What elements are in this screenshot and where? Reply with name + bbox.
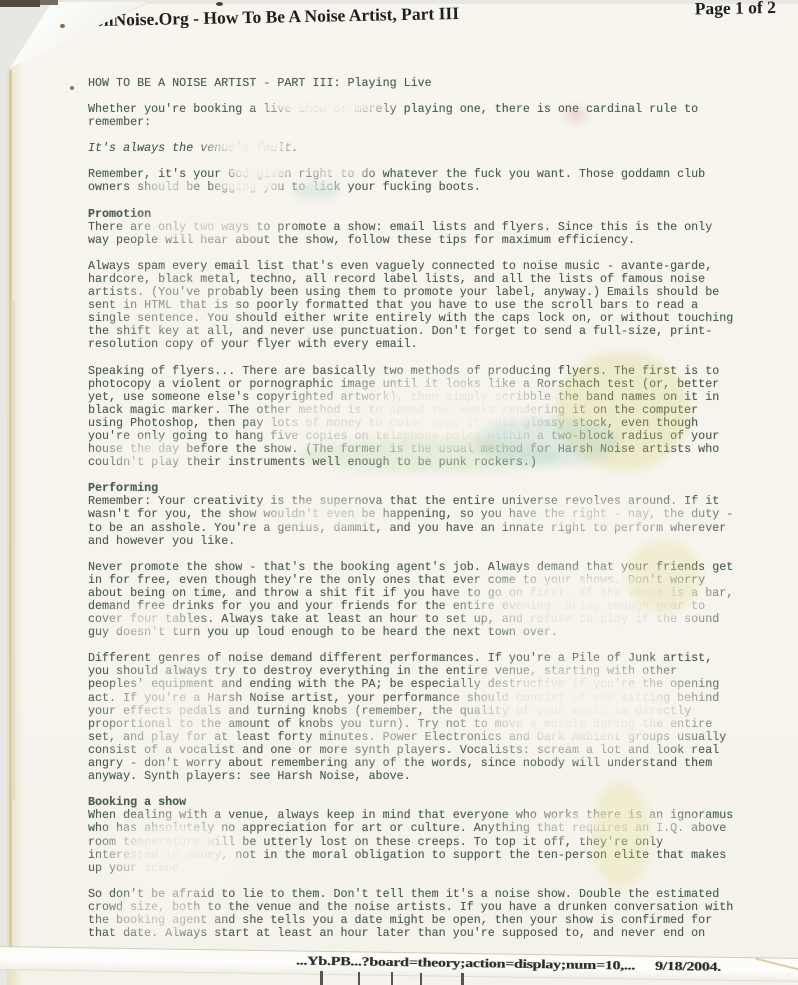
paragraph-genres: Different genres of noise demand differe…	[88, 652, 756, 783]
scan-background: onNoise.Org - How To Be A Noise Artist, …	[0, 0, 798, 985]
scanner-shadow-mark	[0, 0, 40, 7]
paragraph-lie-to-them: So don't be afraid to lie to them. Don't…	[88, 888, 756, 940]
scanner-shadow-mark	[40, 0, 58, 5]
paragraph-venue-ignoramus: When dealing with a venue, always keep i…	[88, 809, 756, 874]
paragraph-never-promote: Never promote the show - that's the book…	[88, 561, 756, 640]
paragraph-god-given: Remember, it's your God-given right to d…	[88, 168, 756, 194]
paragraph-creativity: Remember: Your creativity is the superno…	[88, 495, 756, 547]
paragraph-spam-email: Always spam every email list that's even…	[88, 260, 756, 352]
document-body: HOW TO BE A NOISE ARTIST - PART III: Pla…	[88, 77, 756, 940]
paper-edge-line	[9, 70, 12, 970]
page-beneath-edge-line	[391, 972, 393, 985]
footer-date: 9/18/2004.	[655, 960, 721, 975]
doc-title: HOW TO BE A NOISE ARTIST - PART III: Pla…	[88, 77, 756, 90]
section-heading-promotion: Promotion	[88, 208, 756, 221]
page-beneath-edge-line	[320, 971, 323, 985]
page-beneath-edge-line	[420, 973, 422, 985]
header-page-indicator: Page 1 of 2	[695, 0, 777, 19]
page-beneath-edge-line	[358, 972, 360, 985]
page-beneath-edge-line	[461, 973, 464, 985]
paragraph-venues-fault: It's always the venue's fault.	[88, 142, 756, 155]
paragraph-cardinal-rule: Whether you're booking a live show or me…	[88, 103, 756, 129]
scan-speck	[70, 86, 74, 90]
scan-speck	[60, 24, 65, 28]
paragraph-flyers: Speaking of flyers... There are basicall…	[88, 365, 756, 470]
scan-speck	[216, 2, 223, 6]
paragraph-two-ways: There are only two ways to promote a sho…	[88, 221, 756, 247]
paper-edge-line	[13, 300, 15, 800]
